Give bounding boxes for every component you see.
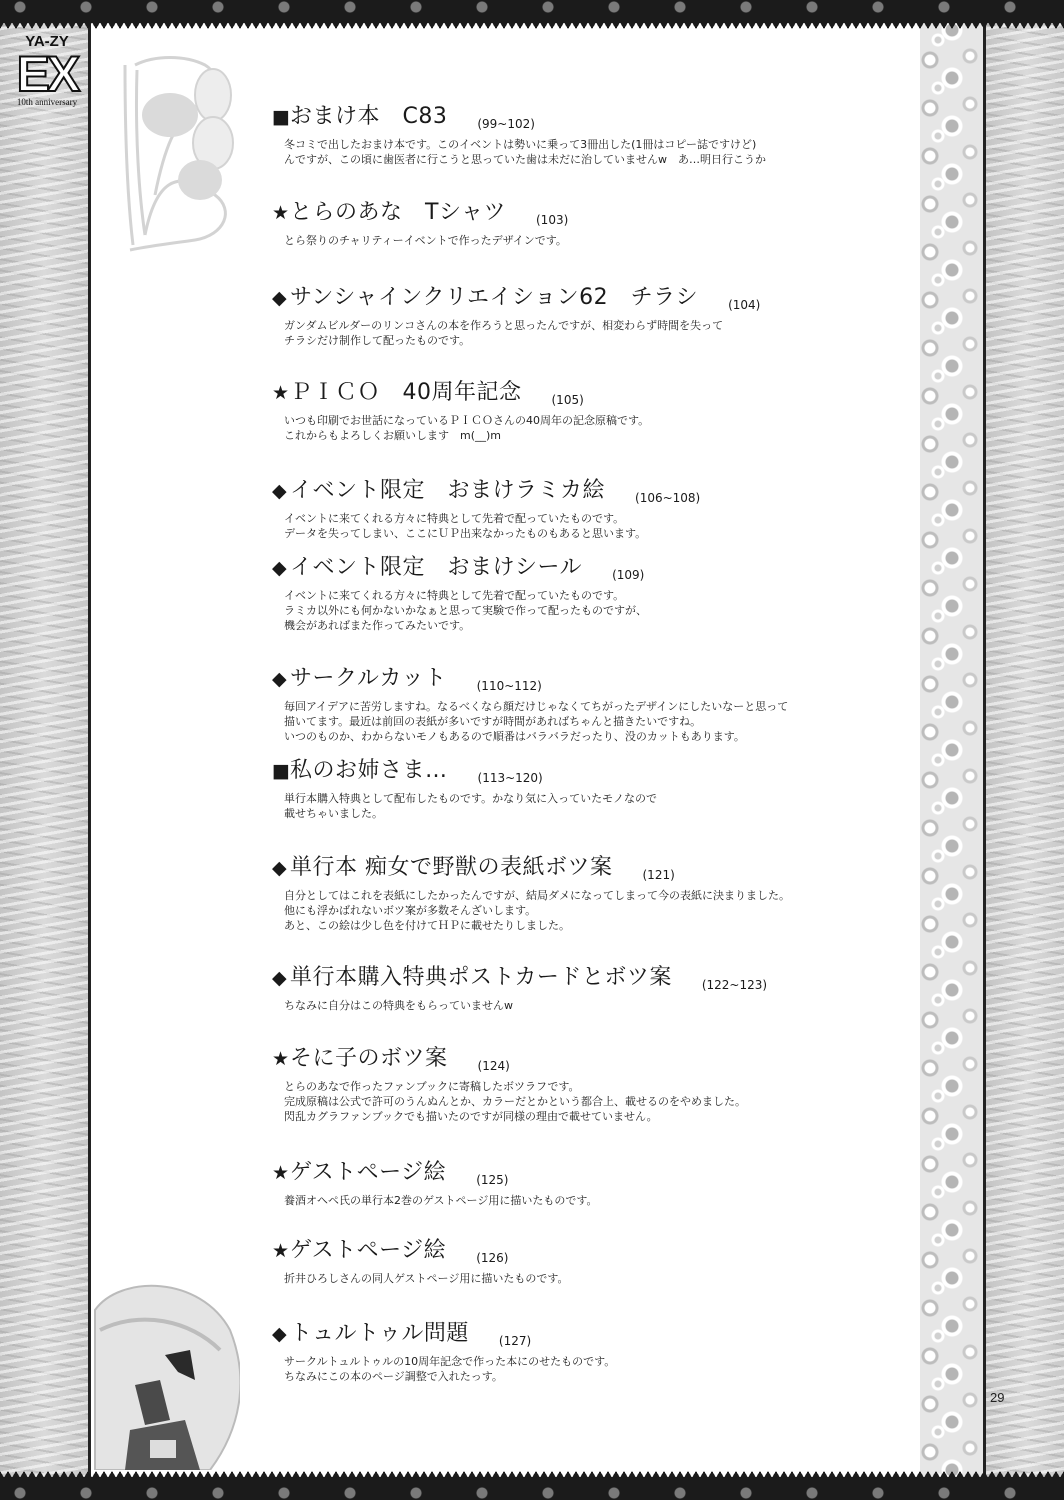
- top-zigzag-border: [0, 16, 1064, 29]
- page-number: 29: [990, 1390, 1004, 1405]
- entry-title: サンシャインクリエイション62 チラシ: [290, 285, 698, 310]
- entry-body: ちなみに自分はこの特典をもらっていませんw: [272, 998, 912, 1013]
- page-range: (124): [478, 1059, 510, 1073]
- logo-anniversary: 10th anniversary: [14, 97, 80, 107]
- bottom-ornamental-border: [0, 1484, 1064, 1500]
- page-range: (105): [552, 393, 584, 407]
- diamond-bullet-icon: ◆: [272, 965, 290, 991]
- square-bullet-icon: ■: [272, 104, 290, 130]
- entry-body: 単行本購入特典として配布したものです。かなり気に入っていたモノなので 載せちゃい…: [272, 791, 912, 821]
- entry-title: イベント限定 おまけラミカ絵: [290, 478, 605, 503]
- entry-title: サークルカット: [290, 666, 447, 691]
- diamond-bullet-icon: ◆: [272, 855, 290, 881]
- entry-event-lamica: ◆イベント限定 おまけラミカ絵(106~108) イベントに来てくれる方々に特典…: [272, 478, 912, 541]
- star-bullet-icon: ★: [272, 1160, 290, 1186]
- entry-event-sticker: ◆イベント限定 おまけシール(109) イベントに来てくれる方々に特典として先着…: [272, 555, 912, 633]
- page-range: (104): [728, 298, 760, 312]
- entry-body: ガンダムビルダーのリンコさんの本を作ろうと思ったんですが、相変わらず時間を失って…: [272, 318, 912, 348]
- entry-tururtoul: ◆トュルトゥル問題(127) サークルトュルトゥルの10周年記念で作った本にのせ…: [272, 1321, 912, 1384]
- logo-ex: EX: [14, 49, 80, 99]
- entry-body: イベントに来てくれる方々に特典として先着で配っていたものです。 ラミカ以外にも何…: [272, 588, 912, 633]
- entry-watashi-no-oneesama: ■私のお姉さま…(113~120) 単行本購入特典として配布したものです。かなり…: [272, 758, 912, 821]
- page-range: (110~112): [477, 679, 542, 693]
- page-range: (113~120): [478, 771, 543, 785]
- entry-body: 冬コミで出したおまけ本です。このイベントは勢いに乗って3冊出した(1冊はコピー誌…: [272, 137, 912, 167]
- page-range: (126): [476, 1251, 508, 1265]
- left-woodgrain-border: [0, 0, 91, 1500]
- logo: YA-ZY EX 10th anniversary: [14, 34, 80, 107]
- star-bullet-icon: ★: [272, 380, 290, 406]
- entry-body: 自分としてはこれを表紙にしたかったんですが、結局ダメになってしまって今の表紙に決…: [272, 888, 912, 933]
- bottom-zigzag-border: [0, 1471, 1064, 1484]
- entry-pico-40th: ★ＰＩＣＯ 40周年記念(105) いつも印刷でお世話になっているＰＩＣＯさんの…: [272, 380, 912, 443]
- page-range: (127): [499, 1334, 531, 1348]
- art-nouveau-flower-icon: [115, 45, 245, 255]
- diamond-bullet-icon: ◆: [272, 666, 290, 692]
- entry-title: トュルトゥル問題: [290, 1321, 469, 1346]
- entry-title: そに子のボツ案: [290, 1046, 448, 1071]
- entry-title: とらのあな Tシャツ: [290, 200, 506, 225]
- entry-sunshine-creation: ◆サンシャインクリエイション62 チラシ(104) ガンダムビルダーのリンコさん…: [272, 285, 912, 348]
- entry-body: 毎回アイデアに苦労しますね。なるべくなら顔だけじゃなくてちがったデザインにしたい…: [272, 699, 912, 744]
- entry-tora-tshirt: ★とらのあな Tシャツ(103) とら祭りのチャリティーイベントで作ったデザイン…: [272, 200, 912, 248]
- page-range: (103): [536, 213, 568, 227]
- entry-body: 養酒オヘペ氏の単行本2巻のゲストページ用に描いたものです。: [272, 1193, 912, 1208]
- entry-body: いつも印刷でお世話になっているＰＩＣＯさんの40周年の記念原稿です。 これからも…: [272, 413, 912, 443]
- page-range: (99~102): [477, 117, 535, 131]
- entry-title: 私のお姉さま…: [290, 758, 448, 783]
- star-bullet-icon: ★: [272, 1238, 290, 1264]
- entry-body: とらのあなで作ったファンブックに寄稿したボツラフです。 完成原稿は公式で許可のう…: [272, 1079, 912, 1124]
- page-range: (125): [476, 1173, 508, 1187]
- entry-omake-c83: ■おまけ本 C83(99~102) 冬コミで出したおまけ本です。このイベントは勢…: [272, 104, 912, 167]
- entry-guest-page-125: ★ゲストページ絵(125) 養酒オヘペ氏の単行本2巻のゲストページ用に描いたもの…: [272, 1160, 912, 1208]
- character-mask-illustration: [90, 1270, 240, 1470]
- page-range: (106~108): [635, 491, 700, 505]
- entry-body: サークルトュルトゥルの10周年記念で作った本にのせたものです。 ちなみにこの本の…: [272, 1354, 912, 1384]
- entry-title: 単行本 痴女で野獣の表紙ボツ案: [290, 855, 613, 880]
- bubble-pattern-strip: [920, 0, 983, 1500]
- entry-circle-cut: ◆サークルカット(110~112) 毎回アイデアに苦労しますね。なるべくなら顔だ…: [272, 666, 912, 744]
- entry-body: とら祭りのチャリティーイベントで作ったデザインです。: [272, 233, 912, 248]
- square-bullet-icon: ■: [272, 758, 290, 784]
- diamond-bullet-icon: ◆: [272, 285, 290, 311]
- entry-postcard: ◆単行本購入特典ポストカードとボツ案(122~123) ちなみに自分はこの特典を…: [272, 965, 912, 1013]
- page-range: (122~123): [702, 978, 767, 992]
- right-woodgrain-border: [983, 0, 1064, 1500]
- top-ornamental-border: [0, 0, 1064, 16]
- entry-sonico-rejected: ★そに子のボツ案(124) とらのあなで作ったファンブックに寄稿したボツラフです…: [272, 1046, 912, 1124]
- entry-title: おまけ本 C83: [290, 104, 447, 129]
- page-range: (121): [643, 868, 675, 882]
- star-bullet-icon: ★: [272, 1046, 290, 1072]
- entry-body: イベントに来てくれる方々に特典として先着で配っていたものです。 データを失ってし…: [272, 511, 912, 541]
- diamond-bullet-icon: ◆: [272, 478, 290, 504]
- entry-title: イベント限定 おまけシール: [290, 555, 582, 580]
- entry-tankoubon-cover-rejected: ◆単行本 痴女で野獣の表紙ボツ案(121) 自分としてはこれを表紙にしたかったん…: [272, 855, 912, 933]
- entry-title: 単行本購入特典ポストカードとボツ案: [290, 965, 672, 990]
- diamond-bullet-icon: ◆: [272, 1321, 290, 1347]
- entry-title: ゲストページ絵: [290, 1238, 446, 1263]
- entry-body: 折井ひろしさんの同人ゲストページ用に描いたものです。: [272, 1271, 912, 1286]
- entry-title: ＰＩＣＯ 40周年記念: [290, 380, 522, 405]
- entry-guest-page-126: ★ゲストページ絵(126) 折井ひろしさんの同人ゲストページ用に描いたものです。: [272, 1238, 912, 1286]
- entry-title: ゲストページ絵: [290, 1160, 446, 1185]
- diamond-bullet-icon: ◆: [272, 555, 290, 581]
- star-bullet-icon: ★: [272, 200, 290, 226]
- page-range: (109): [612, 568, 644, 582]
